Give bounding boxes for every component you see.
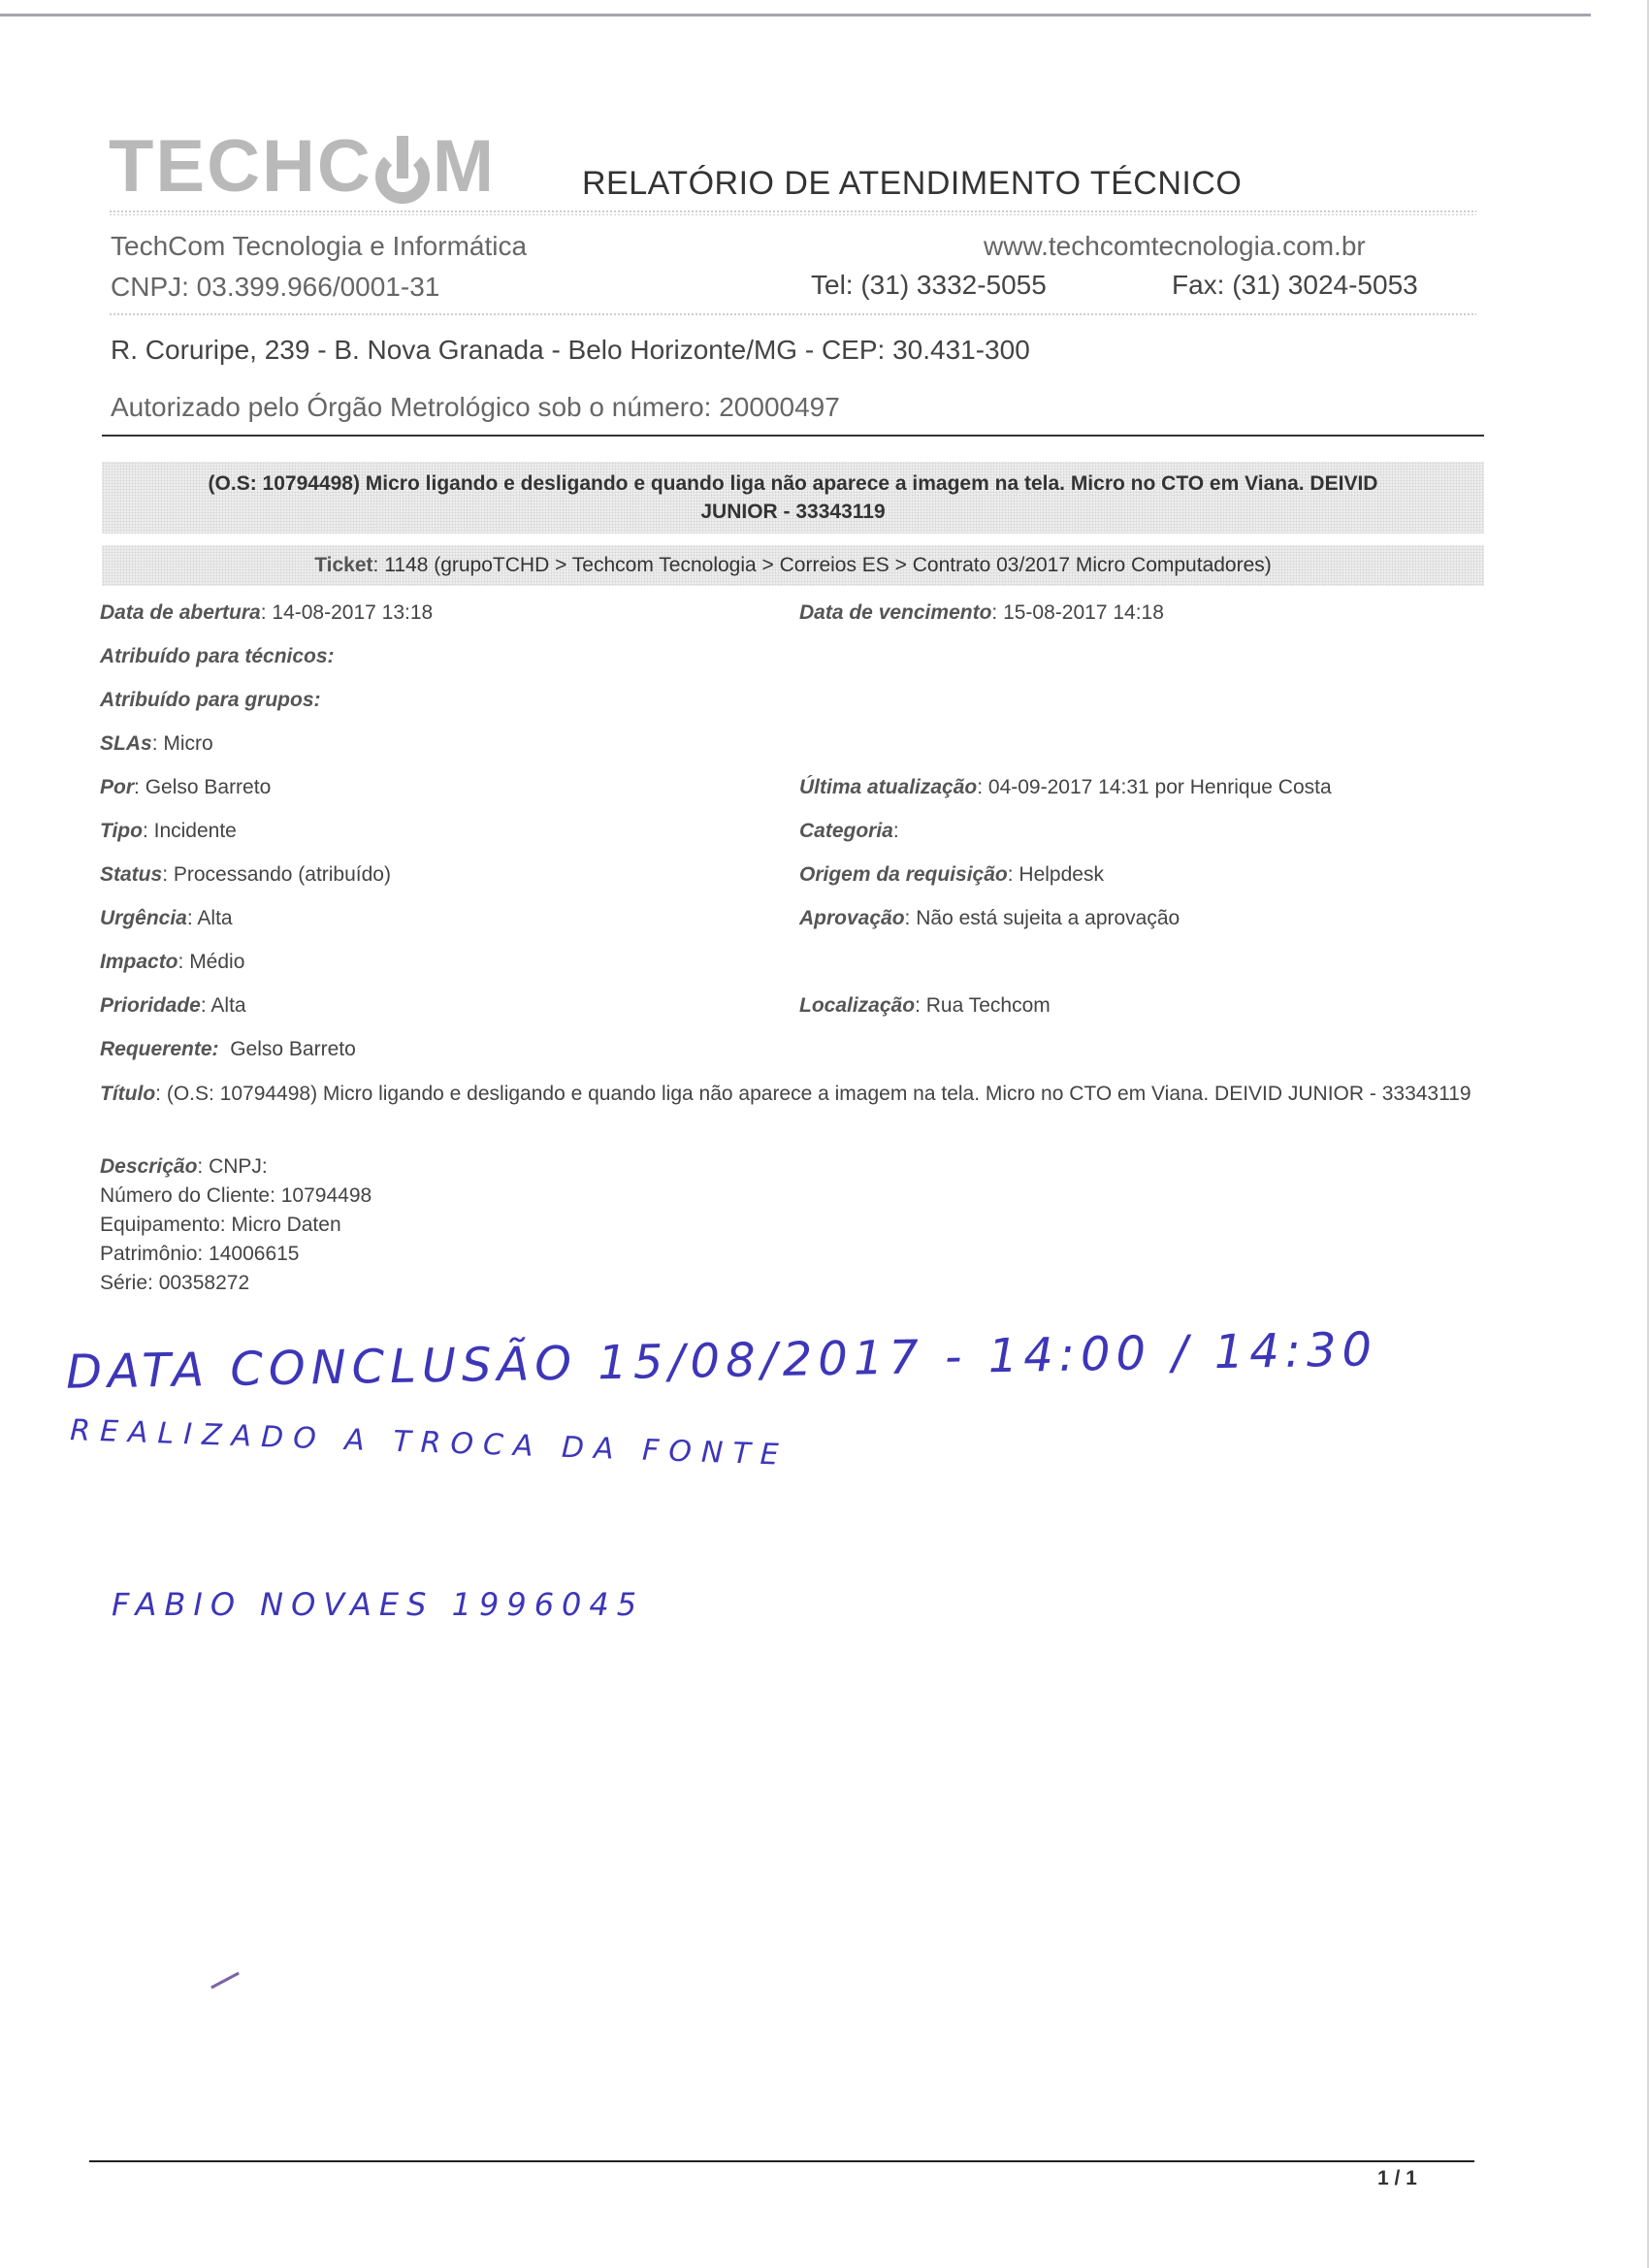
field-data-vencimento: Data de vencimento: 15-08-2017 14:18 <box>799 601 1164 625</box>
company-phone: Tel: (31) 3332-5055 <box>811 270 1047 301</box>
field-prioridade: Prioridade: Alta <box>100 994 246 1018</box>
company-name: TechCom Tecnologia e Informática <box>111 231 527 262</box>
description-equipment: Equipamento: Micro Daten <box>100 1211 372 1240</box>
handwritten-conclusion-date: DATA CONCLUSÃO 15/08/2017 - 14:00 / 14:3… <box>66 1322 1378 1400</box>
ticket-title-line-1: (O.S: 10794498) Micro ligando e desligan… <box>102 470 1484 498</box>
ticket-title-line-2: JUNIOR - 33343119 <box>102 498 1484 526</box>
header-rule <box>102 435 1484 437</box>
field-aprovacao: Aprovação: Não está sujeita a aprovação <box>799 907 1180 930</box>
field-atribuido-grupos: Atribuído para grupos: <box>100 689 321 712</box>
field-tipo: Tipo: Incidente <box>100 820 237 843</box>
field-data-abertura: Data de abertura: 14-08-2017 13:18 <box>100 601 433 625</box>
field-urgencia: Urgência: Alta <box>100 907 233 930</box>
field-categoria: Categoria: <box>799 820 899 843</box>
handwritten-technician-signature: FABIO NOVAES 1996045 <box>112 1586 644 1623</box>
field-origem-requisicao: Origem da requisição: Helpdesk <box>799 863 1104 887</box>
ticket-path: : 1148 (grupoTCHD > Techcom Tecnologia >… <box>373 554 1272 576</box>
address-divider <box>109 312 1476 316</box>
techcom-logo: TECHC M <box>109 130 496 204</box>
company-cnpj: CNPJ: 03.399.966/0001-31 <box>111 272 439 303</box>
pen-mark <box>210 1972 240 1990</box>
field-localizacao: Localização: Rua Techcom <box>799 994 1051 1018</box>
field-descricao: Descrição: CNPJ: <box>100 1152 1477 1182</box>
logo-text-left: TECHC <box>109 130 372 204</box>
power-icon <box>374 142 431 204</box>
metrology-authorization: Autorizado pelo Órgão Metrológico sob o … <box>111 392 840 423</box>
field-atribuido-tecnicos: Atribuído para técnicos: <box>100 645 335 668</box>
logo-text-right: M <box>433 130 496 204</box>
field-ultima-atualizacao: Última atualização: 04-09-2017 14:31 por… <box>799 776 1332 799</box>
field-status: Status: Processando (atribuído) <box>100 863 391 887</box>
field-por: Por: Gelso Barreto <box>100 776 271 799</box>
description-client-number: Número do Cliente: 10794498 <box>100 1182 372 1211</box>
handwritten-service-note: REALIZADO A TROCA DA FONTE <box>70 1413 790 1473</box>
field-slas: SLAs: Micro <box>100 732 213 756</box>
description-serial: Série: 00358272 <box>100 1269 372 1298</box>
footer-rule <box>89 2160 1474 2162</box>
header-divider <box>109 210 1476 215</box>
ticket-title-box: (O.S: 10794498) Micro ligando e desligan… <box>102 462 1484 534</box>
company-website[interactable]: www.techcomtecnologia.com.br <box>984 231 1366 262</box>
scan-edge-line <box>0 14 1591 16</box>
field-titulo: Título: (O.S: 10794498) Micro ligando e … <box>100 1080 1477 1109</box>
page-number: 1 / 1 <box>1377 2167 1417 2190</box>
field-impacto: Impacto: Médio <box>100 951 244 974</box>
ticket-label: Ticket <box>314 554 372 576</box>
company-address: R. Coruripe, 239 - B. Nova Granada - Bel… <box>111 335 1030 366</box>
report-title: RELATÓRIO DE ATENDIMENTO TÉCNICO <box>582 165 1242 203</box>
company-fax: Fax: (31) 3024-5053 <box>1172 270 1418 301</box>
field-requerente: Requerente: Gelso Barreto <box>100 1038 356 1061</box>
description-lines: Número do Cliente: 10794498 Equipamento:… <box>100 1182 372 1298</box>
description-patrimony: Patrimônio: 14006615 <box>100 1240 372 1269</box>
ticket-path-box: Ticket: 1148 (grupoTCHD > Techcom Tecnol… <box>102 545 1484 586</box>
